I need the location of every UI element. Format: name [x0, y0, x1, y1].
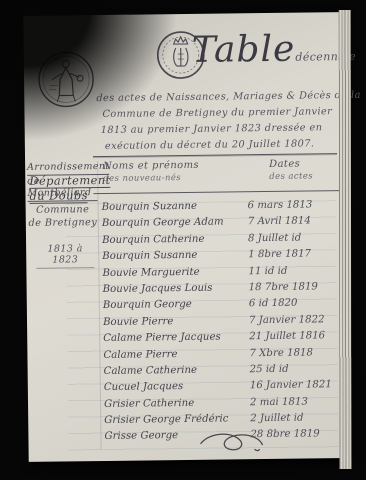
page-title: Tabledécennale: [191, 28, 341, 71]
intro-line: exécution du décret du 20 Juillet 1807.: [95, 136, 341, 155]
stacked-page-edges: [339, 10, 352, 469]
entry-date: 7 Xbre 1818: [249, 347, 313, 359]
margin-commune: Commune de Bretigney: [28, 203, 98, 230]
column-header-dates: Dates des actes: [269, 158, 313, 183]
entry-name: Calame Catherine: [104, 365, 198, 377]
intro-paragraph: des actes de Naissances, Mariages & Décè…: [94, 88, 341, 155]
dates-header-line1: Dates: [269, 158, 313, 171]
column-header-names: Noms et prénoms des nouveau-nés: [103, 160, 199, 185]
entry-date: 16 Janvier 1821: [250, 380, 332, 392]
entry-date: 6 mars 1813: [248, 199, 313, 211]
margin-years: 1813 à 1823: [36, 243, 94, 269]
entry-name: Bouvie Marguerite: [102, 266, 199, 278]
entry-date: 11 id id: [248, 265, 287, 276]
entry-name: Grisse George: [104, 431, 178, 443]
entry-date: 8 Juillet id: [248, 232, 301, 244]
dates-header-line2: des actes: [269, 170, 313, 183]
entry-date: 2 Juillet id: [250, 413, 303, 425]
entry-name: Cucuel Jacques: [104, 381, 183, 393]
names-header-line1: Noms et prénoms: [103, 160, 199, 173]
arrondissement-line1: Arrondissement: [27, 161, 110, 176]
entry-name: Bourquin Suzanne: [102, 201, 197, 213]
names-header-line2: des nouveau-nés: [103, 172, 199, 185]
entry-date: 25 id id: [250, 364, 289, 375]
entry-name: Grisier Catherine: [104, 398, 194, 410]
entry-name: Bourquin George: [103, 299, 192, 311]
margin-arrondissement: Arrondissement de Montbéliard: [27, 161, 97, 202]
entry-name: Calame Pierre: [103, 349, 177, 361]
entries-list: Bourquin Suzanne6 mars 1813 Bourquin Geo…: [102, 198, 343, 447]
microfilm-scan-background: Département du Doubs Tabledécennale des …: [0, 0, 366, 480]
header-divider-rule: [93, 190, 339, 194]
entry-name: Bourquin Susanne: [102, 250, 197, 262]
entry-name: Bouvie Jacques Louis: [103, 283, 213, 295]
register-page: Département du Doubs Tabledécennale des …: [23, 12, 346, 462]
commune-line1: Commune: [28, 203, 98, 217]
signature-flourish: [196, 425, 266, 456]
entry-date: 18 7bre 1819: [249, 281, 318, 293]
entry-date: 21 Juillet 1816: [249, 330, 325, 342]
department-figure-seal-icon: [36, 49, 97, 110]
commune-line2: de Bretigney: [28, 216, 98, 230]
entry-name: Bourquin George Adam: [102, 217, 224, 229]
entry-name: Bouvie Pierre: [103, 316, 174, 328]
entry-name: Bourquin Catherine: [102, 234, 205, 246]
table-column-headers: Noms et prénoms des nouveau-nés Dates de…: [97, 158, 337, 161]
entry-name: Calame Pierre Jacques: [103, 332, 221, 344]
entry-date: 2 mai 1813: [250, 396, 308, 408]
entry-date: 7 Janvier 1822: [249, 314, 325, 326]
arrondissement-line2: de Montbéliard: [27, 175, 97, 202]
entry-name: Grisier George Frédéric: [104, 414, 228, 427]
entry-date: 1 8bre 1817: [248, 249, 311, 261]
entry-date: 6 id 1820: [249, 298, 298, 310]
entry-date: 7 Avril 1814: [248, 216, 311, 228]
title-main: Table: [191, 29, 295, 71]
